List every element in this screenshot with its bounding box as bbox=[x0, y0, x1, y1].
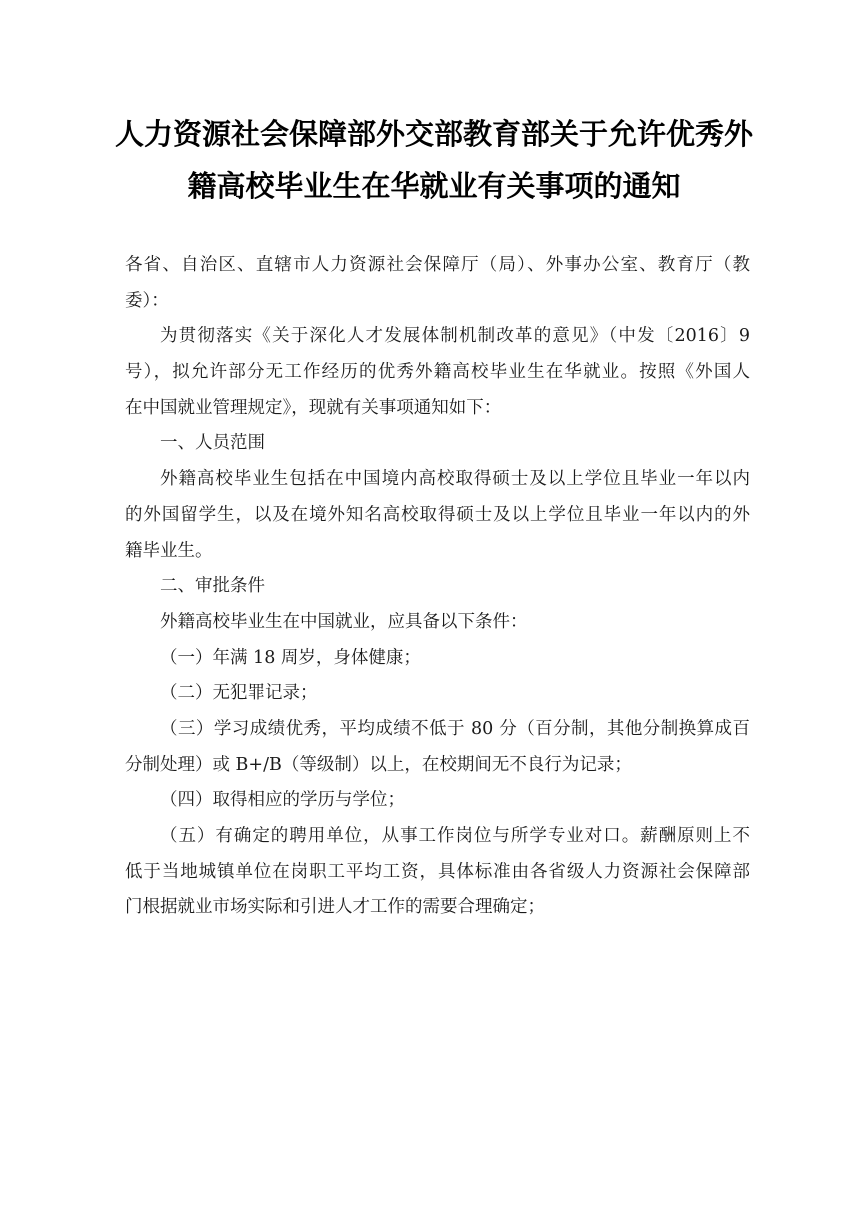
paragraph-line: 的外国留学生，以及在境外知名高校取得硕士及以上学位且毕业一年以内的外 bbox=[125, 498, 750, 534]
condition-line: （一）年满 18 周岁，身体健康； bbox=[125, 641, 750, 677]
section-lead: 外籍高校毕业生在中国就业，应具备以下条件： bbox=[125, 605, 750, 641]
document-body: 各省、自治区、直辖市人力资源社会保障厅（局）、外事办公室、教育厅（教 委）： 为… bbox=[125, 248, 750, 926]
addressee-line: 各省、自治区、直辖市人力资源社会保障厅（局）、外事办公室、教育厅（教 bbox=[125, 248, 750, 284]
addressee-line: 委）： bbox=[125, 284, 750, 320]
condition-line: 分制处理）或 B+/B（等级制）以上，在校期间无不良行为记录； bbox=[125, 748, 750, 784]
paragraph-line: 外籍高校毕业生包括在中国境内高校取得硕士及以上学位且毕业一年以内 bbox=[125, 462, 750, 498]
condition-item: （二）无犯罪记录； bbox=[125, 676, 750, 712]
condition-line: （三）学习成绩优秀，平均成绩不低于 80 分（百分制，其他分制换算成百 bbox=[125, 712, 750, 748]
condition-line: （四）取得相应的学历与学位； bbox=[125, 783, 750, 819]
condition-item: （三）学习成绩优秀，平均成绩不低于 80 分（百分制，其他分制换算成百 分制处理… bbox=[125, 712, 750, 783]
addressee: 各省、自治区、直辖市人力资源社会保障厅（局）、外事办公室、教育厅（教 委）： bbox=[125, 248, 750, 319]
condition-line: （二）无犯罪记录； bbox=[125, 676, 750, 712]
section-heading: 一、人员范围 bbox=[125, 426, 750, 462]
condition-item: （四）取得相应的学历与学位； bbox=[125, 783, 750, 819]
document-title: 人力资源社会保障部外交部教育部关于允许优秀外 籍高校毕业生在华就业有关事项的通知 bbox=[100, 108, 768, 212]
condition-line: （五）有确定的聘用单位，从事工作岗位与所学专业对口。薪酬原则上不 bbox=[125, 819, 750, 855]
intro-paragraph: 为贯彻落实《关于深化人才发展体制机制改革的意见》（中发〔2016〕9 号），拟允… bbox=[125, 319, 750, 426]
section-heading: 二、审批条件 bbox=[125, 569, 750, 605]
condition-item: （一）年满 18 周岁，身体健康； bbox=[125, 641, 750, 677]
paragraph-line: 籍毕业生。 bbox=[125, 534, 750, 570]
document-page: 人力资源社会保障部外交部教育部关于允许优秀外 籍高校毕业生在华就业有关事项的通知… bbox=[0, 0, 868, 1227]
paragraph-line: 为贯彻落实《关于深化人才发展体制机制改革的意见》（中发〔2016〕9 bbox=[125, 319, 750, 355]
paragraph-line: 在中国就业管理规定》，现就有关事项通知如下： bbox=[125, 391, 750, 427]
title-line-1: 人力资源社会保障部外交部教育部关于允许优秀外 bbox=[100, 108, 768, 160]
condition-item: （五）有确定的聘用单位，从事工作岗位与所学专业对口。薪酬原则上不 低于当地城镇单… bbox=[125, 819, 750, 926]
section-personnel-scope: 一、人员范围 外籍高校毕业生包括在中国境内高校取得硕士及以上学位且毕业一年以内 … bbox=[125, 426, 750, 569]
condition-line: 门根据就业市场实际和引进人才工作的需要合理确定； bbox=[125, 890, 750, 926]
paragraph-line: 号），拟允许部分无工作经历的优秀外籍高校毕业生在华就业。按照《外国人 bbox=[125, 355, 750, 391]
section-approval-conditions: 二、审批条件 外籍高校毕业生在中国就业，应具备以下条件： （一）年满 18 周岁… bbox=[125, 569, 750, 926]
title-line-2: 籍高校毕业生在华就业有关事项的通知 bbox=[100, 160, 768, 212]
condition-line: 低于当地城镇单位在岗职工平均工资，具体标准由各省级人力资源社会保障部 bbox=[125, 855, 750, 891]
